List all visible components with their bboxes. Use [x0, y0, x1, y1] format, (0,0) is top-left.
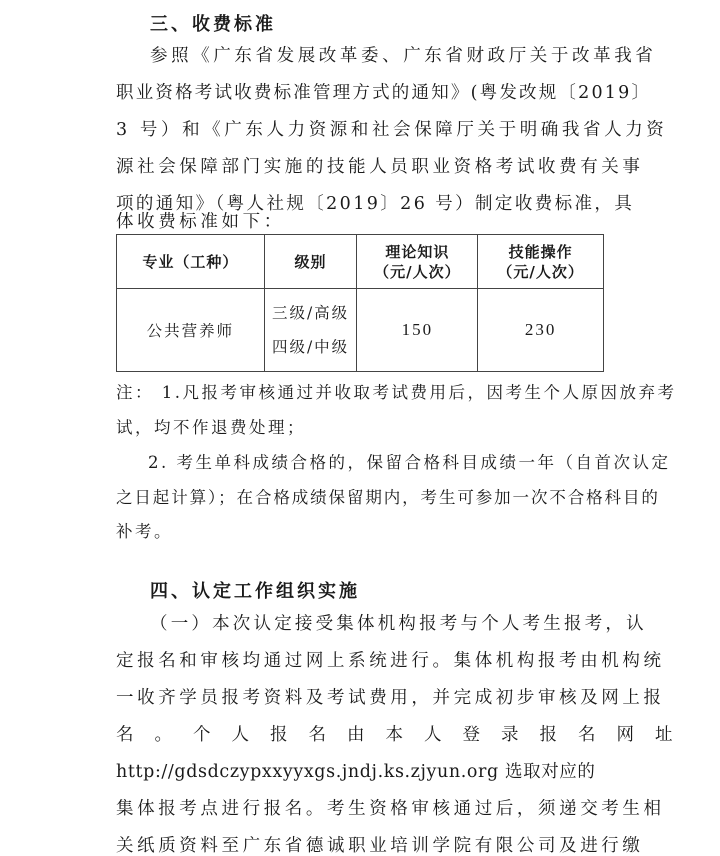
paragraph-line: 体收费标准如下：	[116, 212, 604, 232]
header-level: 级别	[264, 235, 357, 289]
header-theory-fee: 理论知识（元/人次）	[357, 235, 478, 289]
paragraph-line: 源社会保障部门实施的技能人员职业资格考试收费有关事	[116, 157, 604, 177]
section-3-heading: 三、收费标准	[150, 10, 276, 36]
paragraph-line: 一收齐学员报考资料及考试费用，并完成初步审核及网上报	[116, 688, 604, 708]
cell-levels: 三级/高级四级/中级	[264, 289, 357, 372]
note-line: 之日起计算）；在合格成绩保留期内，考生可参加一次不合格科目的	[116, 488, 604, 508]
note-line: 补考。	[116, 522, 604, 542]
paragraph-line: 名。个人报名由本人登录报名网址	[116, 725, 604, 745]
paragraph-line: 职业资格考试收费标准管理方式的通知》(粤发改规〔2019〕	[116, 83, 604, 103]
paragraph-line: 参照《广东省发展改革委、广东省财政厅关于改革我省	[150, 46, 604, 66]
paragraph-line: 定报名和审核均通过网上系统进行。集体机构报考由机构统	[116, 651, 604, 671]
note-line: 试，均不作退费处理；	[116, 418, 604, 438]
note-line: 注： 1.凡报考审核通过并收取考试费用后，因考生个人原因放弃考	[116, 383, 604, 403]
section-4-heading: 四、认定工作组织实施	[150, 577, 360, 603]
table-row: 公共营养师 三级/高级四级/中级 150 230	[117, 289, 604, 372]
header-practical-fee: 技能操作（元/人次）	[478, 235, 604, 289]
table-header-row: 专业（工种） 级别 理论知识（元/人次） 技能操作（元/人次）	[117, 235, 604, 289]
fee-table: 专业（工种） 级别 理论知识（元/人次） 技能操作（元/人次） 公共营养师 三级…	[116, 234, 604, 372]
registration-url-line[interactable]: http://gdsdczypxxyyxgs.jndj.ks.zjyun.org…	[116, 762, 604, 782]
header-occupation: 专业（工种）	[117, 235, 265, 289]
paragraph-line: 关纸质资料至广东省德诚职业培训学院有限公司及进行缴	[116, 836, 604, 856]
cell-practical-fee: 230	[478, 289, 604, 372]
note-line: 2. 考生单科成绩合格的，保留合格科目成绩一年（自首次认定	[148, 453, 604, 473]
paragraph-line: （一）本次认定接受集体机构报考与个人考生报考，认	[150, 614, 604, 634]
paragraph-line: 集体报考点进行报名。考生资格审核通过后，须递交考生相	[116, 799, 604, 819]
paragraph-line: 项的通知》（粤人社规〔2019〕26 号）制定收费标准，具	[116, 194, 604, 214]
paragraph-line: 3 号）和《广东人力资源和社会保障厅关于明确我省人力资	[116, 120, 604, 140]
cell-occupation: 公共营养师	[117, 289, 265, 372]
cell-theory-fee: 150	[357, 289, 478, 372]
